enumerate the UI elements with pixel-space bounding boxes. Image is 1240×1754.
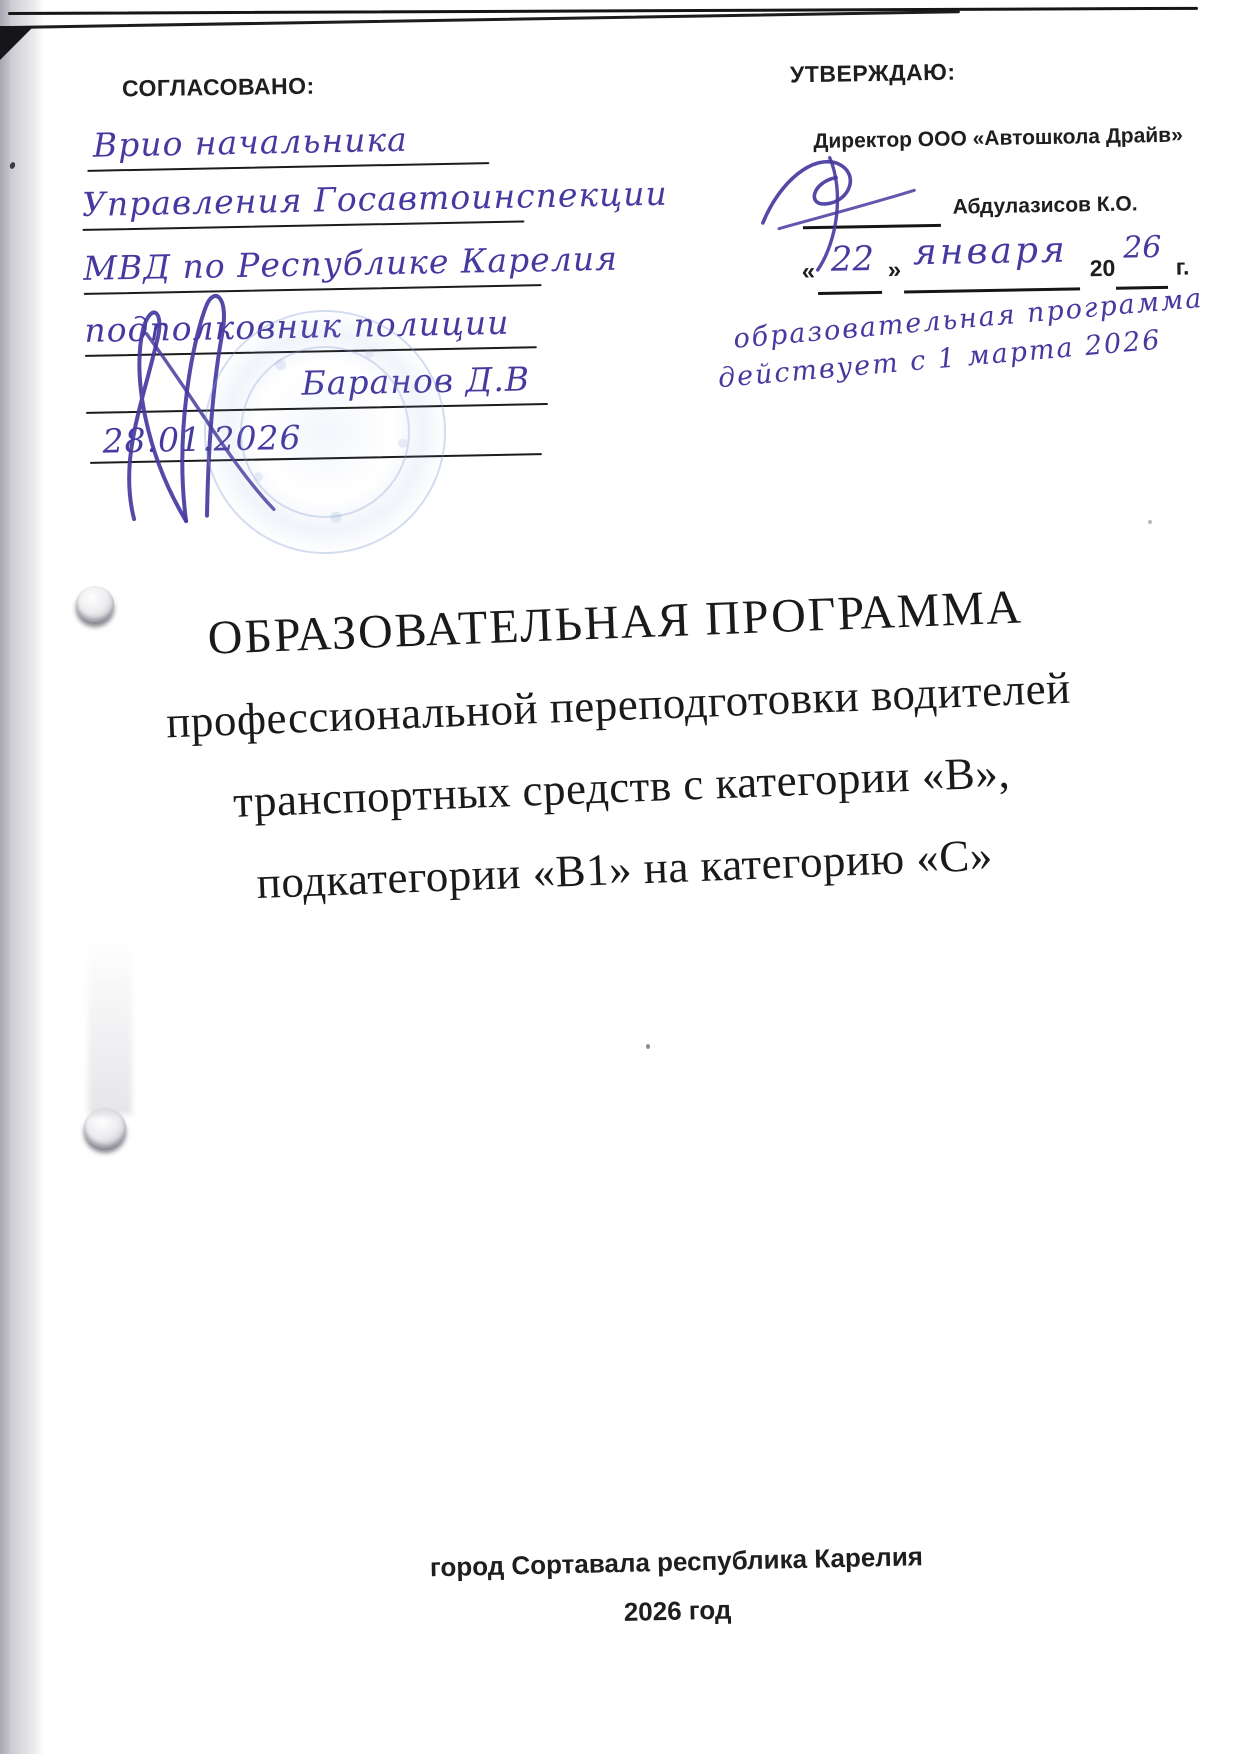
month-underline — [904, 287, 1080, 293]
footer-block: город Сортавала республика Карелия 2026 … — [56, 1533, 1240, 1641]
round-ink-stamp-icon — [204, 310, 446, 554]
footer-location: город Сортавала республика Карелия — [56, 1533, 1240, 1592]
handwritten-month: января — [905, 229, 1076, 273]
footer-year: 2026 год — [57, 1582, 1240, 1641]
quote-close: » — [887, 257, 901, 285]
handwritten-line-agency: МВД по Республике Карелия — [83, 239, 618, 288]
scan-edge-line — [8, 7, 1198, 15]
year-mark: г. — [1175, 253, 1189, 280]
scan-speck — [1148, 520, 1152, 524]
director-name: Абдулазисов К.О. — [952, 192, 1137, 219]
day-underline — [818, 291, 882, 295]
handwritten-year: 26 — [1117, 230, 1168, 266]
year-prefix: 20 — [1089, 255, 1115, 282]
handwritten-day: 22 — [821, 239, 884, 280]
scanned-document-page: СОГЛАСОВАНО: УТВЕРЖДАЮ: Врио начальника … — [0, 0, 1240, 1754]
binder-streak — [88, 935, 132, 1115]
document-title-block: ОБРАЗОВАТЕЛЬНАЯ ПРОГРАММА профессиональн… — [0, 558, 1240, 935]
scan-speck — [646, 1044, 650, 1049]
approval-block: Директор ООО «Автошкола Драйв» Абдулазис… — [700, 50, 1240, 390]
quote-open: « — [801, 258, 815, 286]
handwritten-line-department: Управления Госавтоинспекции — [82, 174, 668, 224]
handwritten-line-position: Врио начальника — [92, 120, 408, 165]
